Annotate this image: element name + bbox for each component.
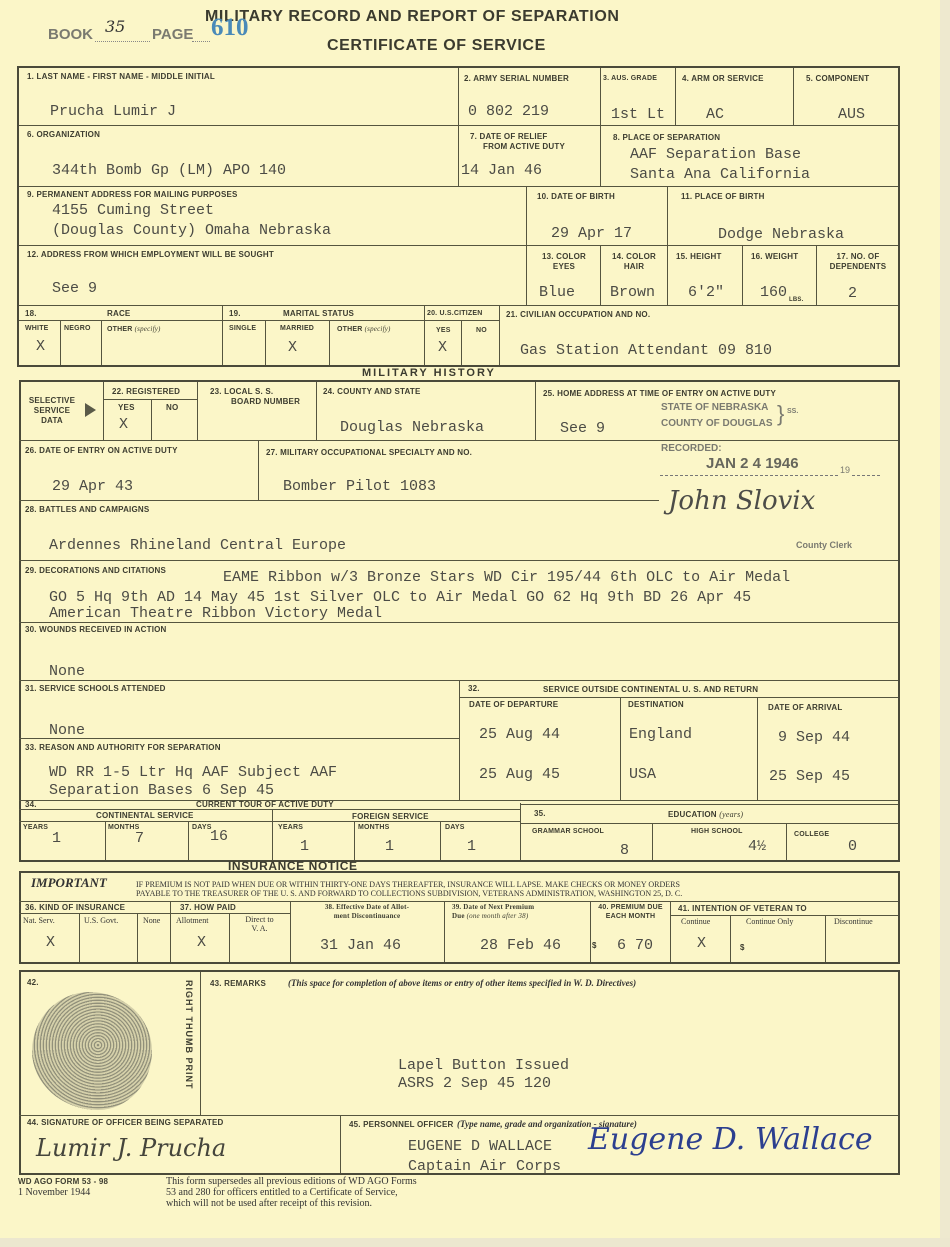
allotment-date-line: 38. Effective Date of Allot- xyxy=(292,903,442,912)
citizen-yes-checkbox[interactable]: X xyxy=(438,339,447,356)
registered-yes-checkbox[interactable]: X xyxy=(119,416,128,433)
premium-currency: $ xyxy=(592,941,597,951)
high-school-header: HIGH SCHOOL xyxy=(691,827,743,837)
marital-number: 19. xyxy=(229,309,241,319)
registered-no-label: NO xyxy=(166,403,178,413)
decorations-line2[interactable]: GO 5 Hq 9th AD 14 May 45 1st Silver OLC … xyxy=(49,589,751,606)
county-state-field[interactable]: Douglas Nebraska xyxy=(340,419,484,436)
premium-due-label: 40. PREMIUM DUE EACH MONTH xyxy=(592,903,669,921)
eye-color-label: 13. COLOR xyxy=(530,252,598,262)
divider xyxy=(461,320,462,365)
departure-cell[interactable]: 25 Aug 44 xyxy=(479,726,560,743)
hair-color-label-2: HAIR xyxy=(603,262,665,272)
divider xyxy=(19,305,898,306)
form-supersedes-note: This form supersedes all previous editio… xyxy=(166,1176,417,1209)
divider xyxy=(19,320,222,321)
grammar-school-field[interactable]: 8 xyxy=(620,842,629,859)
employment-address-field[interactable]: See 9 xyxy=(52,280,97,297)
cont-months-field[interactable]: 7 xyxy=(135,830,144,847)
grammar-school-header: GRAMMAR SCHOOL xyxy=(532,827,604,837)
specialty-label: 27. MILITARY OCCUPATIONAL SPECIALTY AND … xyxy=(266,448,472,458)
important-label: IMPORTANT xyxy=(31,875,107,891)
divider xyxy=(316,382,317,440)
divider xyxy=(19,440,898,441)
college-field[interactable]: 0 xyxy=(848,838,857,855)
mailing-address-line1[interactable]: 4155 Cuming Street xyxy=(52,202,214,219)
dependents-label-2: DEPENDENTS xyxy=(818,262,898,272)
registered-yes-label: YES xyxy=(118,403,135,413)
foreign-months-field[interactable]: 1 xyxy=(385,838,394,855)
continue-header: Continue xyxy=(681,916,710,927)
education-number: 35. xyxy=(534,809,546,819)
departure-cell[interactable]: 25 Aug 45 xyxy=(479,766,560,783)
stamp-year-prefix: 19 xyxy=(840,465,850,475)
birth-date-field[interactable]: 29 Apr 17 xyxy=(551,225,632,242)
stamp-county: COUNTY OF DOUGLAS xyxy=(661,418,772,429)
battles-label: 28. BATTLES AND CAMPAIGNS xyxy=(25,505,149,515)
divider xyxy=(458,68,459,186)
next-premium-field[interactable]: 28 Feb 46 xyxy=(480,937,561,954)
foreign-years-header: YEARS xyxy=(278,823,303,833)
name-field[interactable]: Prucha Lumir J xyxy=(50,103,176,120)
divider xyxy=(354,821,355,860)
remarks-line1[interactable]: Lapel Button Issued xyxy=(398,1057,569,1074)
education-text: EDUCATION xyxy=(668,810,717,819)
divider xyxy=(19,809,520,810)
marital-married-label: MARRIED xyxy=(280,324,314,334)
divider xyxy=(103,399,197,400)
divider xyxy=(742,245,743,305)
allotment-date-label: 38. Effective Date of Allot- ment Discon… xyxy=(292,903,442,921)
next-premium-label: 39. Date of Next Premium Due (one month … xyxy=(452,903,534,921)
remarks-note: (This space for completion of above item… xyxy=(288,978,636,989)
note-line: 53 and 280 for officers entitled to a Ce… xyxy=(166,1187,417,1198)
next-premium-line: Due xyxy=(452,912,465,920)
cont-days-header: DAYS xyxy=(192,823,212,833)
insurance-notice-text: IF PREMIUM IS NOT PAID WHEN DUE OR WITHI… xyxy=(136,880,682,898)
note-line: which will not be used after receipt of … xyxy=(166,1198,417,1209)
decorations-line3[interactable]: American Theatre Ribbon Victory Medal xyxy=(49,605,382,622)
height-field[interactable]: 6'2" xyxy=(688,284,724,301)
marital-label: MARITAL STATUS xyxy=(283,309,354,319)
continue-checkbox[interactable]: X xyxy=(697,935,706,952)
stamp-recorded-label: RECORDED: xyxy=(661,443,722,454)
remarks-label: 43. REMARKS xyxy=(210,979,266,989)
form-subtitle: CERTIFICATE OF SERVICE xyxy=(327,37,546,55)
divider xyxy=(137,913,138,962)
divider xyxy=(197,382,198,440)
decorations-line1[interactable]: EAME Ribbon w/3 Bronze Stars WD Cir 195/… xyxy=(223,569,790,586)
direct-va-line: V. A. xyxy=(232,924,287,933)
brace-glyph: } xyxy=(777,400,784,428)
divider xyxy=(151,399,152,440)
divider xyxy=(670,901,671,962)
race-specify-text: (specify) xyxy=(135,325,161,333)
separation-reason-label: 33. REASON AND AUTHORITY FOR SEPARATION xyxy=(25,743,221,753)
battles-field[interactable]: Ardennes Rhineland Central Europe xyxy=(49,537,346,554)
stamp-dotted-line-2 xyxy=(852,475,880,476)
arrival-cell[interactable]: 25 Sep 45 xyxy=(769,768,850,785)
board-number-label: 23. LOCAL S. S. xyxy=(210,387,273,397)
notice-line: IF PREMIUM IS NOT PAID WHEN DUE OR WITHI… xyxy=(136,880,682,889)
allotment-header: Allotment xyxy=(176,915,208,926)
dependents-label: 17. NO. OF xyxy=(818,252,898,262)
marital-specify-text: (specify) xyxy=(365,325,391,333)
mailing-address-label: 9. PERMANENT ADDRESS FOR MAILING PURPOSE… xyxy=(27,190,238,200)
personnel-officer-name[interactable]: EUGENE D WALLACE xyxy=(408,1138,552,1155)
divider xyxy=(535,382,536,440)
citizen-label: 20. U.S.CITIZEN xyxy=(427,309,483,319)
divider xyxy=(19,913,290,914)
divider xyxy=(786,823,787,860)
separation-place-line1[interactable]: AAF Separation Base xyxy=(630,146,801,163)
service-outside-number: 32. xyxy=(468,684,480,694)
how-paid-label: 37. HOW PAID xyxy=(180,903,236,913)
insurance-kind-label: 36. KIND OF INSURANCE xyxy=(25,903,125,913)
weight-field[interactable]: 160 xyxy=(760,284,787,301)
cont-years-field[interactable]: 1 xyxy=(52,830,61,847)
separation-reason-line1[interactable]: WD RR 1-5 Ltr Hq AAF Subject AAF xyxy=(49,764,337,781)
divider xyxy=(675,68,676,125)
clerk-title: County Clerk xyxy=(796,540,852,550)
officer-signature-label: 44. SIGNATURE OF OFFICER BEING SEPARATED xyxy=(27,1118,223,1128)
divider xyxy=(757,697,758,800)
divider xyxy=(290,901,291,962)
divider xyxy=(200,972,201,1115)
thumbprint-number: 42. xyxy=(27,978,39,988)
divider xyxy=(793,68,794,125)
height-label: 15. HEIGHT xyxy=(676,252,722,262)
marital-other-label: OTHER (specify) xyxy=(337,324,391,335)
divider xyxy=(620,697,621,800)
ss-label-line: SELECTIVE xyxy=(22,396,82,406)
mailing-address-line2[interactable]: (Douglas County) Omaha Nebraska xyxy=(52,222,331,239)
book-number: 35 xyxy=(105,17,125,36)
divider xyxy=(79,913,80,962)
continue-only-header: Continue Only xyxy=(746,916,793,927)
divider xyxy=(170,901,171,962)
organization-label: 6. ORGANIZATION xyxy=(27,130,100,140)
stamp-dotted-line xyxy=(660,475,838,476)
service-outside-label: SERVICE OUTSIDE CONTINENTAL U. S. AND RE… xyxy=(543,685,758,695)
divider xyxy=(825,915,826,962)
hair-color-field[interactable]: Brown xyxy=(610,284,655,301)
grade-label: 3. AUS. GRADE xyxy=(603,74,657,84)
divider xyxy=(424,305,425,365)
divider xyxy=(526,186,527,305)
arm-service-field[interactable]: AC xyxy=(706,106,724,123)
divider xyxy=(258,440,259,500)
nat-serv-header: Nat. Serv. xyxy=(23,915,55,926)
direct-va-header: Direct to V. A. xyxy=(232,915,287,933)
divider xyxy=(19,800,898,801)
college-header: COLLEGE xyxy=(794,830,829,840)
divider xyxy=(459,680,460,800)
schools-label: 31. SERVICE SCHOOLS ATTENDED xyxy=(25,684,166,694)
us-govt-header: U.S. Govt. xyxy=(84,915,118,926)
divider xyxy=(600,245,601,305)
separation-place-line2[interactable]: Santa Ana California xyxy=(630,166,810,183)
serial-number-label: 2. ARMY SERIAL NUMBER xyxy=(464,74,569,84)
eye-color-field[interactable]: Blue xyxy=(539,284,575,301)
divider xyxy=(520,803,521,860)
divider xyxy=(652,823,653,860)
next-premium-note: (one month after 38) xyxy=(467,912,529,920)
destination-cell[interactable]: England xyxy=(629,726,692,743)
divider xyxy=(340,1115,341,1173)
entry-date-label: 26. DATE OF ENTRY ON ACTIVE DUTY xyxy=(25,446,178,456)
divider xyxy=(520,804,898,805)
clerk-signature: John Slovix xyxy=(668,486,815,516)
relief-date-field[interactable]: 14 Jan 46 xyxy=(461,162,542,179)
divider xyxy=(188,821,189,860)
high-school-field[interactable]: 4½ xyxy=(748,838,766,855)
marital-married-checkbox[interactable]: X xyxy=(288,339,297,356)
arm-service-label: 4. ARM OR SERVICE xyxy=(682,74,764,84)
birth-date-label: 10. DATE OF BIRTH xyxy=(537,192,615,202)
stamp-recorded-date: JAN 2 4 1946 xyxy=(706,455,799,472)
divider xyxy=(816,245,817,305)
divider xyxy=(590,901,591,962)
destination-cell[interactable]: USA xyxy=(629,766,656,783)
component-field[interactable]: AUS xyxy=(838,106,865,123)
relief-date-label-2: FROM ACTIVE DUTY xyxy=(483,142,565,152)
next-premium-line: 39. Date of Next Premium xyxy=(452,903,534,912)
page-dotted-line xyxy=(192,41,210,42)
schools-field[interactable]: None xyxy=(49,722,85,739)
allotment-checkbox[interactable]: X xyxy=(197,934,206,951)
stamp-state: STATE OF NEBRASKA xyxy=(661,402,768,413)
stamp-ss: SS. xyxy=(787,408,798,415)
divider xyxy=(105,821,106,860)
fingerprint-image xyxy=(32,992,152,1110)
ss-label-line: SERVICE xyxy=(22,406,82,416)
form-id: WD AGO FORM 53 - 98 xyxy=(18,1177,108,1187)
race-negro-label: NEGRO xyxy=(64,324,91,334)
marital-other-text: OTHER xyxy=(337,326,363,333)
organization-field[interactable]: 344th Bomb Gp (LM) APO 140 xyxy=(52,162,286,179)
form-title: MILITARY RECORD AND REPORT OF SEPARATION xyxy=(205,8,620,26)
page-bottom-edge xyxy=(0,1238,950,1247)
dependents-field[interactable]: 2 xyxy=(848,285,857,302)
arrival-cell[interactable]: 9 Sep 44 xyxy=(778,729,850,746)
direct-va-line: Direct to xyxy=(232,915,287,924)
notice-line: PAYABLE TO THE TREASURER OF THE U. S. AN… xyxy=(136,889,682,898)
veteran-intention-label: 41. INTENTION OF VETERAN TO xyxy=(678,904,807,914)
continental-service-label: CONTINENTAL SERVICE xyxy=(96,811,194,821)
birth-place-field[interactable]: Dodge Nebraska xyxy=(718,226,844,243)
cont-days-field[interactable]: 16 xyxy=(210,828,228,845)
departure-col-header: DATE OF DEPARTURE xyxy=(469,700,558,710)
divider xyxy=(19,622,898,623)
separation-reason-line2[interactable]: Separation Bases 6 Sep 45 xyxy=(49,782,274,799)
discontinue-header: Discontinue xyxy=(834,916,873,927)
divider xyxy=(459,697,898,698)
weight-unit: LBS. xyxy=(789,295,803,305)
page-number-stamp: 610 xyxy=(211,14,249,42)
book-dotted-line xyxy=(95,41,150,42)
citizen-no-label: NO xyxy=(476,326,487,336)
weight-label: 16. WEIGHT xyxy=(751,252,798,262)
education-years-text: (years) xyxy=(719,810,743,819)
race-other-text: OTHER xyxy=(107,326,133,333)
divider xyxy=(19,1115,898,1116)
book-label: BOOK xyxy=(48,26,93,43)
allotment-date-field[interactable]: 31 Jan 46 xyxy=(320,937,401,954)
last-name-label: 1. LAST NAME - FIRST NAME - MIDDLE INITI… xyxy=(27,72,215,82)
page-edge xyxy=(940,0,950,1247)
entry-date-field[interactable]: 29 Apr 43 xyxy=(52,478,133,495)
personnel-officer-signature: Eugene D. Wallace xyxy=(588,1122,873,1157)
premium-due-line: EACH MONTH xyxy=(592,912,669,921)
selective-service-label: SELECTIVE SERVICE DATA xyxy=(22,396,82,426)
personnel-officer-label: 45. PERSONNEL OFFICER xyxy=(349,1120,454,1130)
premium-due-field[interactable]: 6 70 xyxy=(617,937,653,954)
divider xyxy=(19,245,898,246)
divider xyxy=(19,186,898,187)
military-history-heading: MILITARY HISTORY xyxy=(362,367,496,379)
page-label: PAGE xyxy=(152,26,193,43)
divider xyxy=(329,320,330,365)
divider xyxy=(103,382,104,440)
divider xyxy=(667,186,668,305)
county-state-label: 24. COUNTY AND STATE xyxy=(323,387,421,397)
marital-single-label: SINGLE xyxy=(229,324,256,334)
birth-place-label: 11. PLACE OF BIRTH xyxy=(681,192,765,202)
divider xyxy=(19,500,659,501)
divider xyxy=(440,821,441,860)
race-white-checkbox[interactable]: X xyxy=(36,338,45,355)
none-header: None xyxy=(143,915,160,926)
divider xyxy=(222,305,223,365)
divider xyxy=(499,305,500,365)
cont-years-header: YEARS xyxy=(23,823,48,833)
foreign-days-field[interactable]: 1 xyxy=(467,838,476,855)
divider xyxy=(600,68,601,186)
race-label: RACE xyxy=(107,309,130,319)
wounds-field[interactable]: None xyxy=(49,663,85,680)
foreign-years-field[interactable]: 1 xyxy=(300,838,309,855)
race-white-label: WHITE xyxy=(25,324,49,334)
divider xyxy=(444,901,445,962)
form-date: 1 November 1944 xyxy=(18,1187,90,1198)
thumb-print-label: RIGHT THUMB PRINT xyxy=(184,980,194,1090)
grade-field[interactable]: 1st Lt xyxy=(611,106,665,123)
nat-serv-checkbox[interactable]: X xyxy=(46,934,55,951)
divider xyxy=(19,560,898,561)
divider xyxy=(60,320,61,365)
wounds-label: 30. WOUNDS RECEIVED IN ACTION xyxy=(25,625,167,635)
home-address-label: 25. HOME ADDRESS AT TIME OF ENTRY ON ACT… xyxy=(543,389,776,399)
divider xyxy=(19,821,520,822)
foreign-months-header: MONTHS xyxy=(358,823,390,833)
foreign-days-header: DAYS xyxy=(445,823,465,833)
allotment-date-line: ment Discontinuance xyxy=(292,912,442,921)
divider xyxy=(730,915,731,962)
registered-label: 22. REGISTERED xyxy=(112,387,180,397)
home-address-field[interactable]: See 9 xyxy=(560,420,605,437)
hair-color-label: 14. COLOR xyxy=(603,252,665,262)
serial-number-field[interactable]: 0 802 219 xyxy=(468,103,549,120)
specialty-field[interactable]: Bomber Pilot 1083 xyxy=(283,478,436,495)
destination-col-header: DESTINATION xyxy=(628,700,684,710)
officer-signature: Lumir J. Prucha xyxy=(36,1134,226,1162)
component-label: 5. COMPONENT xyxy=(806,74,869,84)
occupation-label: 21. CIVILIAN OCCUPATION AND NO. xyxy=(506,310,650,320)
education-label: EDUCATION (years) xyxy=(668,810,743,820)
divider xyxy=(19,901,898,902)
remarks-line2[interactable]: ASRS 2 Sep 45 120 xyxy=(398,1075,551,1092)
relief-date-label: 7. DATE OF RELIEF xyxy=(470,132,547,142)
premium-due-line: 40. PREMIUM DUE xyxy=(592,903,669,912)
divider xyxy=(265,320,266,365)
note-line: This form supersedes all previous editio… xyxy=(166,1176,417,1187)
divider xyxy=(272,809,273,860)
divider xyxy=(101,320,102,365)
divider xyxy=(229,913,230,962)
arrival-col-header: DATE OF ARRIVAL xyxy=(768,703,842,713)
citizen-yes-label: YES xyxy=(436,326,451,336)
divider xyxy=(222,320,424,321)
eye-color-label-2: EYES xyxy=(530,262,598,272)
decorations-label: 29. DECORATIONS AND CITATIONS xyxy=(25,566,166,576)
race-number: 18. xyxy=(25,309,37,319)
separation-place-label: 8. PLACE OF SEPARATION xyxy=(613,133,720,143)
continue-only-currency: $ xyxy=(740,943,745,953)
race-other-label: OTHER (specify) xyxy=(107,324,161,335)
personnel-officer-rank[interactable]: Captain Air Corps xyxy=(408,1158,561,1175)
board-number-label-2: BOARD NUMBER xyxy=(231,397,300,407)
divider xyxy=(520,823,898,824)
occupation-field[interactable]: Gas Station Attendant 09 810 xyxy=(520,342,772,359)
ss-label-line: DATA xyxy=(22,416,82,426)
arrow-right-icon xyxy=(85,403,96,417)
employment-address-label: 12. ADDRESS FROM WHICH EMPLOYMENT WILL B… xyxy=(27,250,274,260)
